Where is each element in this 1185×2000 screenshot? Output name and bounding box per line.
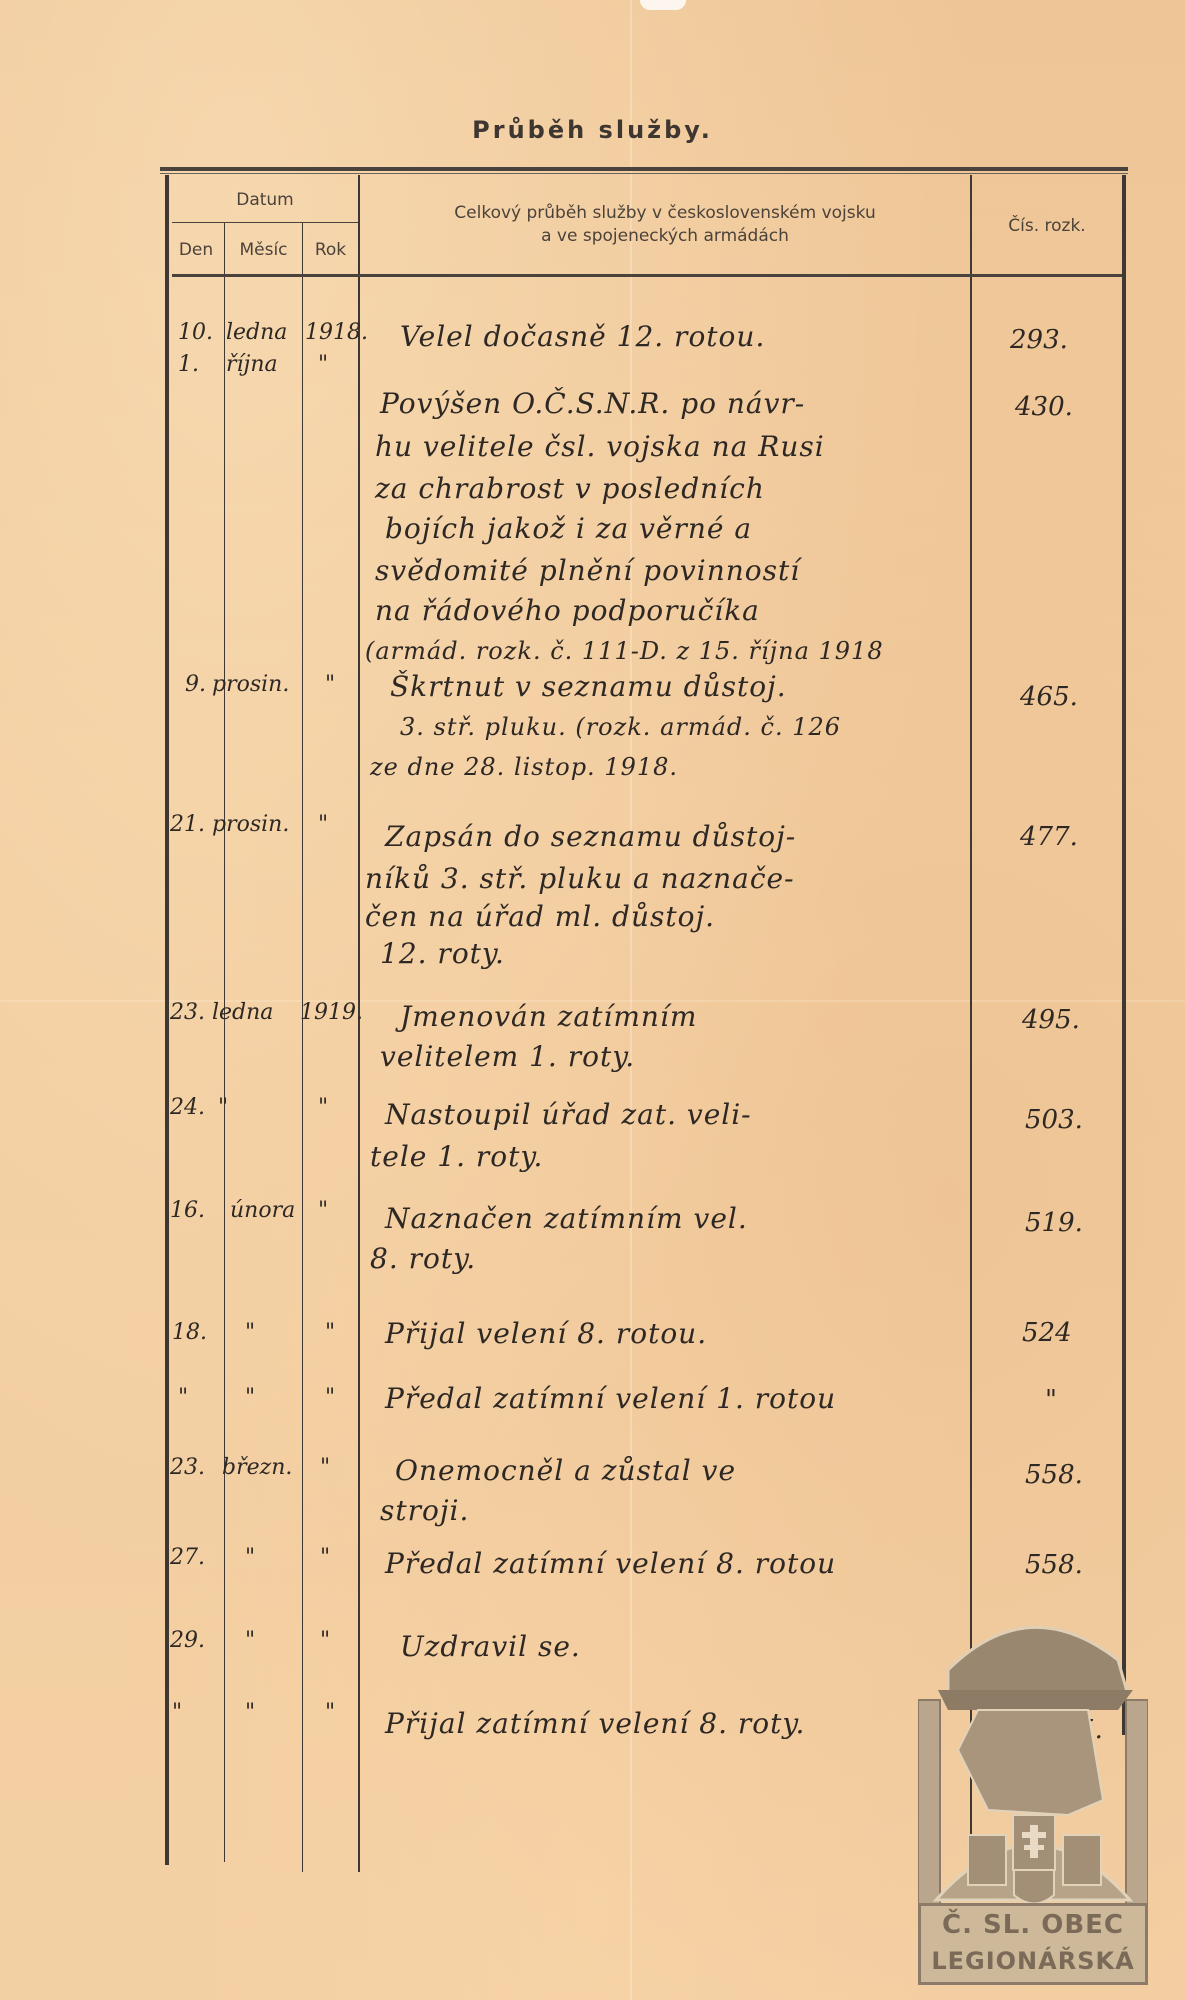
table-top-rule-thin <box>160 173 1128 174</box>
cell-mesic: " <box>218 1095 228 1120</box>
cell-den: " <box>172 1700 182 1725</box>
cell-text-line: tele 1. roty. <box>370 1138 543 1176</box>
cell-rok: " <box>318 352 328 377</box>
cell-text-line: Předal zatímní velení 8. rotou <box>385 1545 836 1583</box>
cell-den: 21. <box>170 812 205 837</box>
cell-text-line: Povýšen O.Č.S.N.R. po návr- <box>380 385 805 423</box>
legion-emblem-watermark: Č. SL. OBEC LEGIONÁŘSKÁ <box>918 1600 1148 1985</box>
cell-text-line: Škrtnut v seznamu důstoj. <box>390 668 787 706</box>
cell-mesic: února <box>230 1198 295 1223</box>
cell-den: 23. <box>170 1455 205 1480</box>
cell-text-line: 3. stř. pluku. (rozk. armád. č. 126 <box>400 708 841 746</box>
header-datum: Datum <box>172 190 358 210</box>
cell-cis: " <box>1045 1385 1057 1415</box>
cell-text-line: (armád. rozk. č. 111-D. z 15. října 1918 <box>365 632 884 670</box>
cell-mesic: březn. <box>222 1455 292 1480</box>
cell-den: 29. <box>170 1628 205 1653</box>
cell-text-line: Zapsán do seznamu důstoj- <box>385 818 796 856</box>
cell-rok: " <box>325 1320 335 1345</box>
table-top-rule <box>160 167 1128 171</box>
cell-text-line: Přijal zatímní velení 8. roty. <box>385 1705 805 1743</box>
paper-tear <box>640 0 686 10</box>
cell-text-line: Předal zatímní velení 1. rotou <box>385 1380 836 1418</box>
cell-cis: 558. <box>1025 1550 1083 1580</box>
cell-text-line: Naznačen zatímním vel. <box>385 1200 748 1238</box>
cell-text-line: čen na úřad ml. důstoj. <box>365 898 715 936</box>
cell-rok: " <box>320 1455 330 1480</box>
cell-den: 27. <box>170 1545 205 1570</box>
cell-mesic: prosin. <box>212 672 289 697</box>
divider-mesic-rok <box>302 222 303 1872</box>
cell-mesic: ledna <box>226 320 287 345</box>
cell-text: Velel dočasně 12. rotou. <box>400 318 765 356</box>
page-title: Průběh služby. <box>0 116 1185 144</box>
cell-rok: " <box>320 1628 330 1653</box>
emblem-line2: LEGIONÁŘSKÁ <box>921 1944 1145 1978</box>
table-right-border <box>1122 175 1126 1735</box>
header-cis-rozk: Čís. rozk. <box>972 216 1122 236</box>
cell-rok: " <box>318 1095 328 1120</box>
cell-rok: 1919. <box>300 1000 363 1025</box>
cell-text-line: Nastoupil úřad zat. veli- <box>385 1096 752 1134</box>
cell-text-line: Uzdravil se. <box>400 1628 581 1666</box>
cell-cis: 465. <box>1020 682 1078 712</box>
cell-cis: 524 <box>1022 1318 1072 1348</box>
cell-text-line: Jmenován zatímním <box>400 998 697 1036</box>
cell-mesic: " <box>245 1700 255 1725</box>
cell-rok: " <box>320 1545 330 1570</box>
header-bottom-rule <box>172 274 1122 277</box>
cell-den: 1. <box>178 352 199 377</box>
emblem-line1: Č. SL. OBEC <box>921 1906 1145 1944</box>
cell-text-line: Přijal velení 8. rotou. <box>385 1315 707 1353</box>
cell-text-line: Onemocněl a zůstal ve <box>395 1452 736 1490</box>
header-description-line2: a ve spojeneckých armádách <box>360 226 970 246</box>
cell-mesic: " <box>245 1320 255 1345</box>
cell-mesic: " <box>245 1545 255 1570</box>
cell-den: 24. <box>170 1095 205 1120</box>
cell-text-line: bojích jakož i za věrné a <box>385 510 752 548</box>
cell-text-line: 12. roty. <box>380 935 505 973</box>
cell-text-line: za chrabrost v posledních <box>375 470 765 508</box>
cell-cis: 477. <box>1020 822 1078 852</box>
cell-cis: 519. <box>1025 1208 1083 1238</box>
cell-cis: 293. <box>1010 325 1068 355</box>
cell-text-line: velitelem 1. roty. <box>380 1038 635 1076</box>
cell-cis: 503. <box>1025 1105 1083 1135</box>
cell-den: 9. <box>185 672 206 697</box>
header-mesic: Měsíc <box>225 240 302 260</box>
cell-mesic: prosin. <box>212 812 289 837</box>
cell-text-line: stroji. <box>380 1492 469 1530</box>
cell-den: " <box>178 1385 188 1410</box>
emblem-label: Č. SL. OBEC LEGIONÁŘSKÁ <box>918 1903 1148 1985</box>
cell-mesic: " <box>245 1628 255 1653</box>
table-left-border <box>165 175 169 1865</box>
cell-rok: 1918. <box>305 320 368 345</box>
cell-mesic: " <box>245 1385 255 1410</box>
soldier-helmet-icon <box>918 1600 1148 1910</box>
cell-mesic: ledna <box>212 1000 273 1025</box>
divider-den-mesic <box>224 222 225 1862</box>
cell-text-line: níků 3. stř. pluku a naznače- <box>365 860 795 898</box>
cell-mesic: října <box>226 352 278 377</box>
cell-text-line: svědomité plnění povinností <box>375 552 800 590</box>
cell-den: 16. <box>170 1198 205 1223</box>
cell-rok: " <box>325 1700 335 1725</box>
cell-text-line: ze dne 28. listop. 1918. <box>370 748 678 786</box>
header-den: Den <box>168 240 224 260</box>
cell-rok: " <box>325 1385 335 1410</box>
cell-den: 10. <box>178 320 213 345</box>
cell-cis: 495. <box>1022 1005 1080 1035</box>
cell-text-line: 8. roty. <box>370 1240 476 1278</box>
cell-den: 23. <box>170 1000 205 1025</box>
cell-cis: 558. <box>1025 1460 1083 1490</box>
cell-text-line: hu velitele čsl. vojska na Rusi <box>375 428 825 466</box>
cell-rok: " <box>325 672 335 697</box>
cell-rok: " <box>318 1198 328 1223</box>
cell-cis: 430. <box>1015 392 1073 422</box>
header-rok: Rok <box>303 240 358 260</box>
cell-text-line: na řádového podporučíka <box>375 592 760 630</box>
cell-rok: " <box>318 812 328 837</box>
datum-underline <box>172 222 358 223</box>
cell-den: 18. <box>172 1320 207 1345</box>
header-description-line1: Celkový průběh služby v československém … <box>360 203 970 223</box>
